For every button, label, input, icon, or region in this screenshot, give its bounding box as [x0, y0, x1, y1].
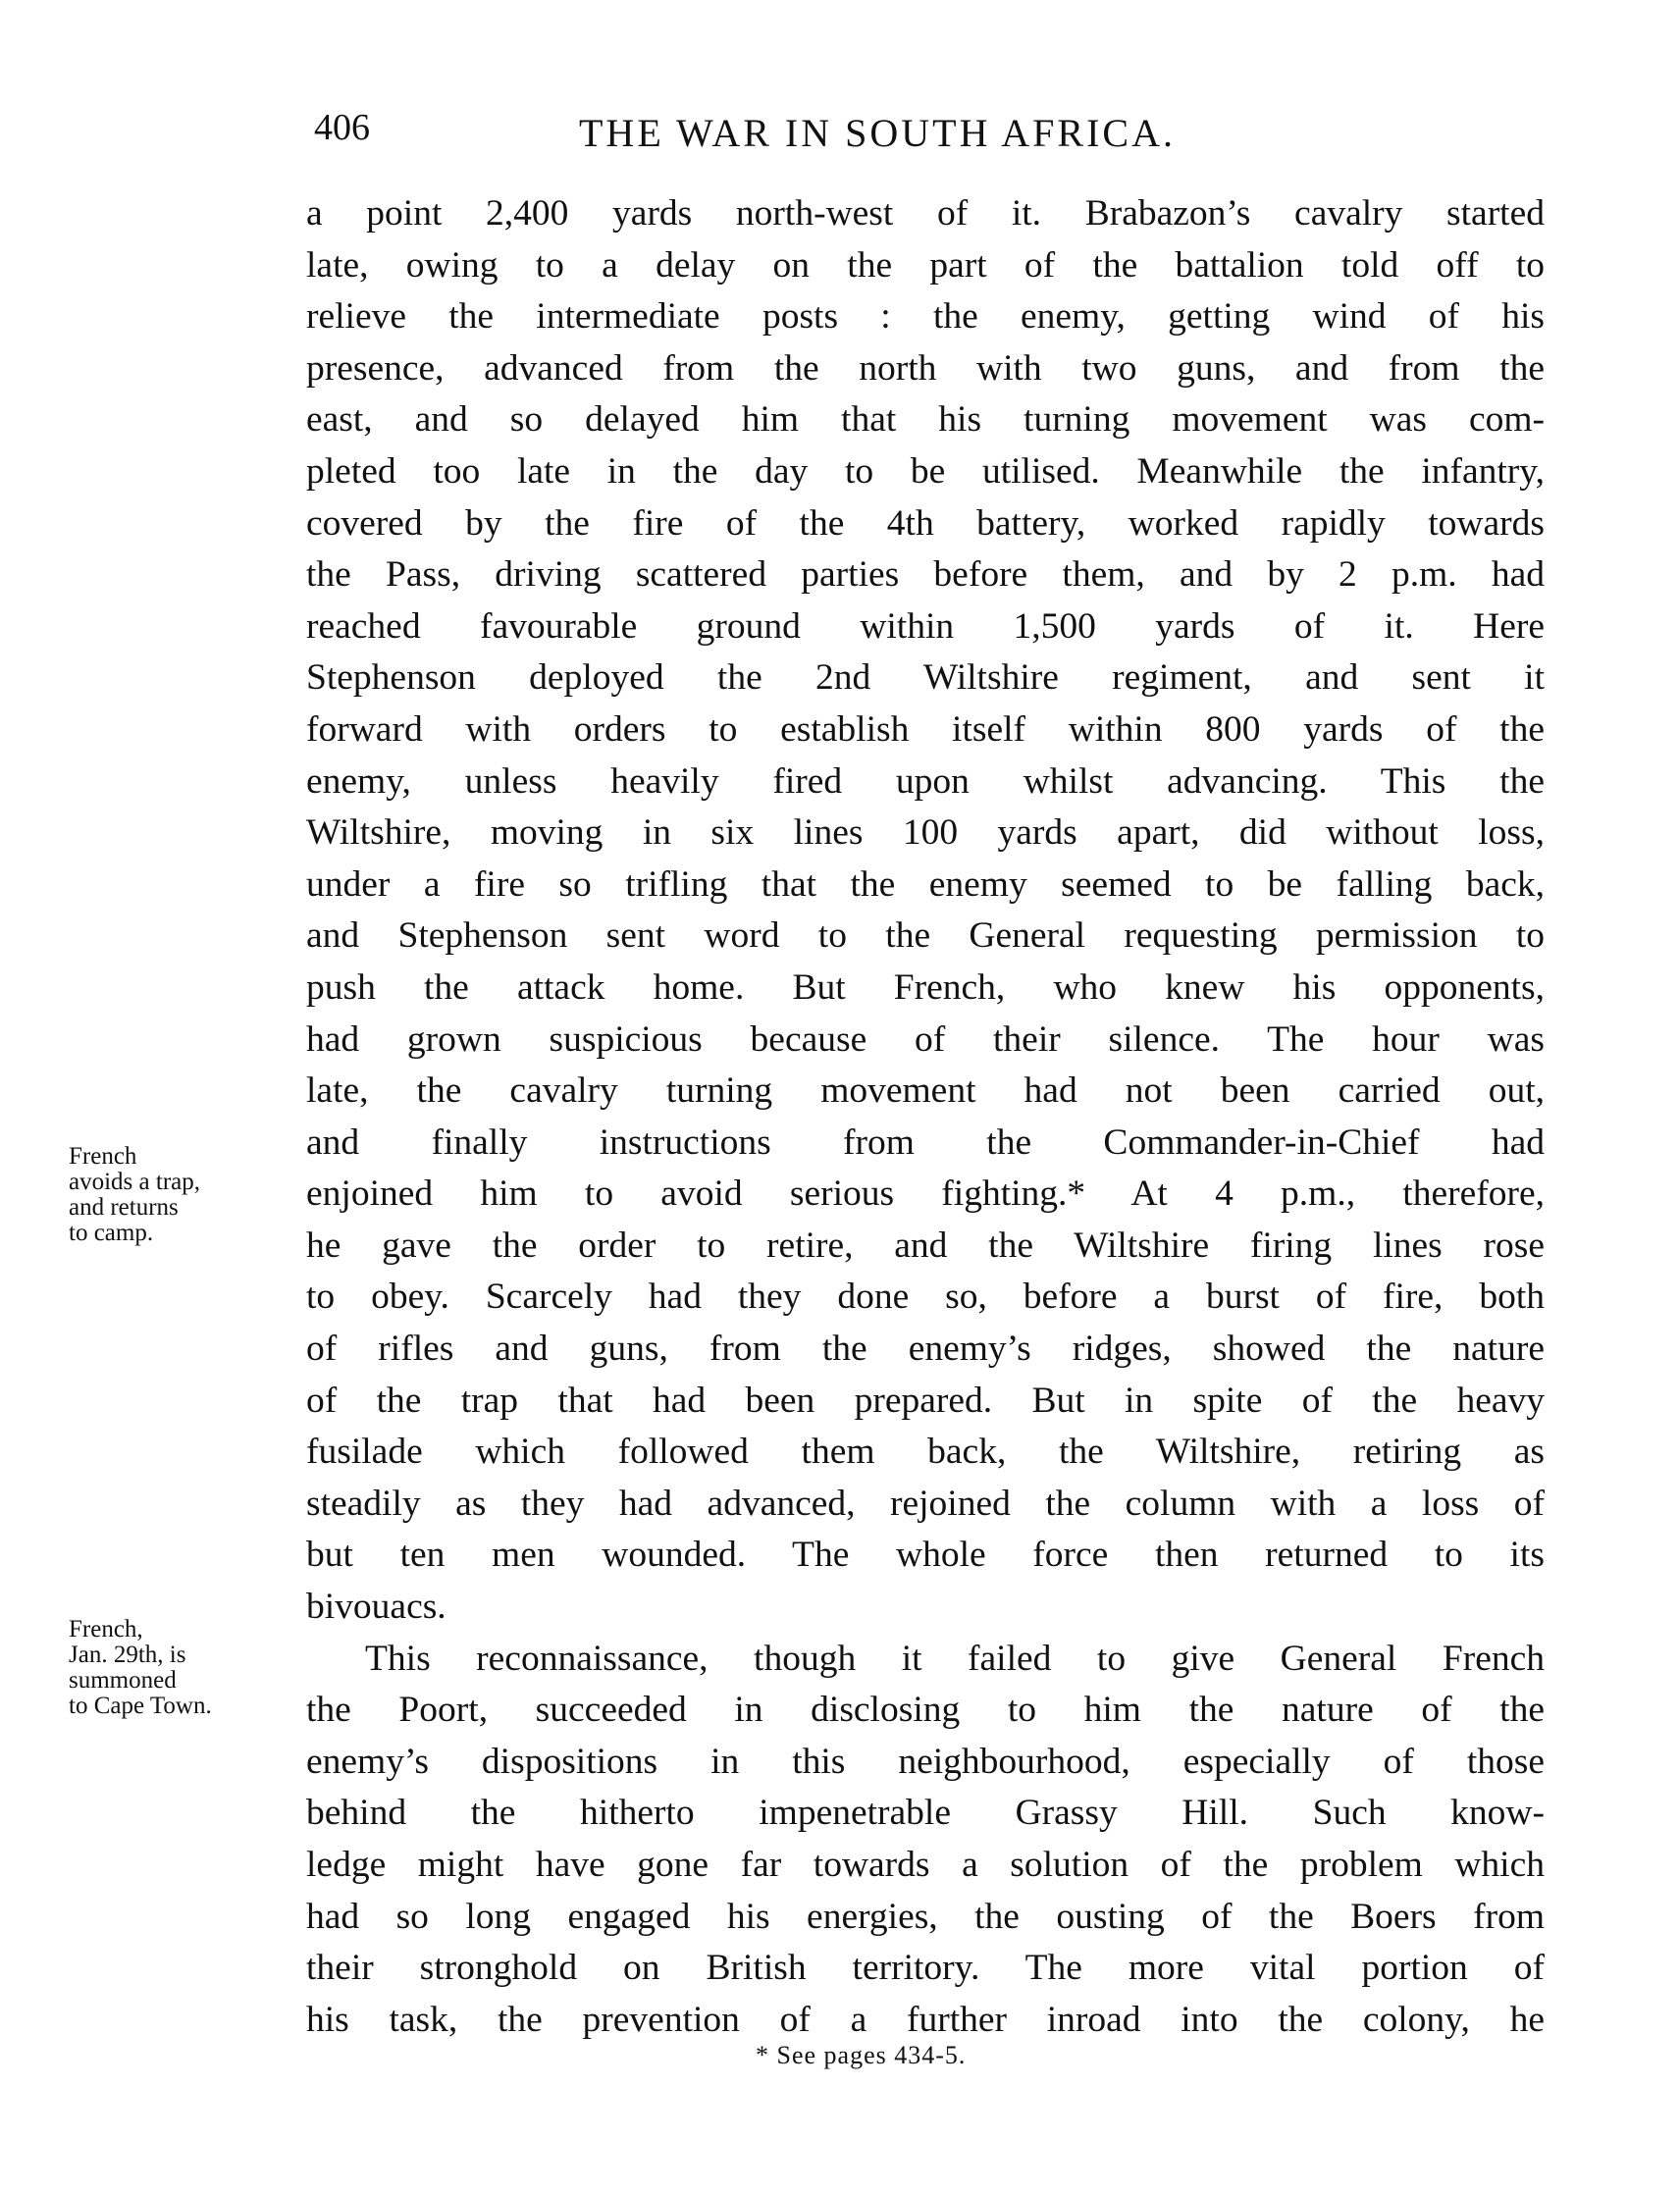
text-line: he gave the order to retire, and the Wil…: [306, 1221, 1545, 1273]
text-line: to obey. Scarcely had they done so, befo…: [306, 1272, 1545, 1324]
body-text: a point 2,400 yards north-west of it. Br…: [306, 188, 1545, 2046]
text-line: ledge might have gone far towards a solu…: [306, 1840, 1545, 1892]
footnote: * See pages 434-5.: [756, 2041, 966, 2070]
text-line: presence, advanced from the north with t…: [306, 343, 1545, 395]
text-line: and Stephenson sent word to the General …: [306, 911, 1545, 963]
margin-note-line: to camp.: [69, 1221, 285, 1246]
text-line: late, the cavalry turning movement had n…: [306, 1066, 1545, 1118]
margin-note-line: to Cape Town.: [69, 1694, 285, 1719]
text-line: Wiltshire, moving in six lines 100 yards…: [306, 808, 1545, 860]
running-head: 406 THE WAR IN SOUTH AFRICA.: [314, 106, 1344, 155]
margin-note-line: French: [69, 1144, 285, 1170]
text-line: the Poort, succeeded in disclosing to hi…: [306, 1685, 1545, 1737]
text-line: under a fire so trifling that the enemy …: [306, 860, 1545, 912]
text-line: enemy’s dispositions in this neighbourho…: [306, 1737, 1545, 1789]
book-page: 406 THE WAR IN SOUTH AFRICA. French avoi…: [0, 0, 1680, 2191]
text-line: behind the hitherto impenetrable Grassy …: [306, 1788, 1545, 1840]
text-line: push the attack home. But French, who kn…: [306, 963, 1545, 1015]
running-title: THE WAR IN SOUTH AFRICA.: [579, 110, 1176, 156]
text-line: pleted too late in the day to be utilise…: [306, 446, 1545, 498]
margin-note-line: summoned: [69, 1668, 285, 1694]
text-line: bivouacs.: [306, 1582, 1545, 1634]
text-line: late, owing to a delay on the part of th…: [306, 240, 1545, 292]
text-line: their stronghold on British territory. T…: [306, 1943, 1545, 1995]
text-line: fusilade which followed them back, the W…: [306, 1427, 1545, 1479]
paragraph-start-line: This reconnaissance, though it failed to…: [306, 1634, 1545, 1686]
text-line: steadily as they had advanced, rejoined …: [306, 1479, 1545, 1531]
text-line: relieve the intermediate posts : the ene…: [306, 291, 1545, 343]
margin-note-french-avoids-trap: French avoids a trap, and returns to cam…: [69, 1144, 285, 1246]
page-number: 406: [314, 106, 370, 149]
text-line: had so long engaged his energies, the ou…: [306, 1892, 1545, 1944]
text-line: east, and so delayed him that his turnin…: [306, 394, 1545, 446]
margin-note-line: French,: [69, 1617, 285, 1643]
text-line: the Pass, driving scattered parties befo…: [306, 549, 1545, 601]
text-line: had grown suspicious because of their si…: [306, 1015, 1545, 1067]
text-line: of rifles and guns, from the enemy’s rid…: [306, 1324, 1545, 1376]
margin-note-line: Jan. 29th, is: [69, 1643, 285, 1668]
text-line: covered by the fire of the 4th battery, …: [306, 498, 1545, 550]
margin-note-line: avoids a trap,: [69, 1170, 285, 1195]
text-line: of the trap that had been prepared. But …: [306, 1376, 1545, 1428]
margin-note-french-summoned: French, Jan. 29th, is summoned to Cape T…: [69, 1617, 285, 1719]
margin-note-line: and returns: [69, 1195, 285, 1221]
text-line: his task, the prevention of a further in…: [306, 1995, 1545, 2047]
text-line: and finally instructions from the Comman…: [306, 1118, 1545, 1170]
text-line: but ten men wounded. The whole force the…: [306, 1530, 1545, 1582]
text-line: enjoined him to avoid serious fighting.*…: [306, 1169, 1545, 1221]
text-line: forward with orders to establish itself …: [306, 704, 1545, 756]
text-line: a point 2,400 yards north-west of it. Br…: [306, 188, 1545, 240]
text-line: Stephenson deployed the 2nd Wiltshire re…: [306, 652, 1545, 704]
text-line: enemy, unless heavily fired upon whilst …: [306, 756, 1545, 809]
text-line: reached favourable ground within 1,500 y…: [306, 601, 1545, 653]
